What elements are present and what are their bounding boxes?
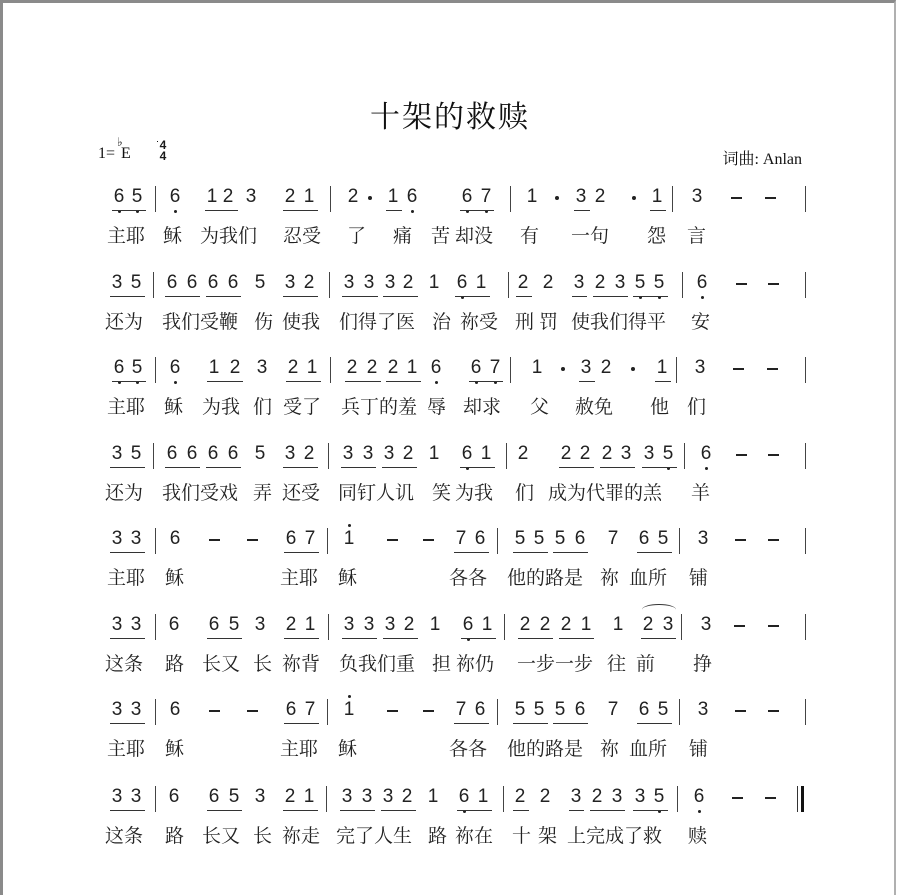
note: 2 (559, 443, 573, 465)
hold-dash (732, 797, 743, 799)
lyric-text: 刑 (515, 310, 534, 334)
barline (155, 528, 156, 554)
note-digit: 1 (407, 357, 418, 378)
lyric-text: 赦免 (575, 395, 613, 419)
note: 6 (112, 357, 126, 379)
lyric-text: 却求 (463, 395, 501, 419)
composer-credit: 词曲: Anlan (722, 146, 802, 169)
hold-dash (209, 539, 220, 541)
eighth-underline (516, 296, 532, 297)
lyric-text: 赎 (688, 824, 707, 848)
note: 6 (429, 357, 443, 379)
note: 5 (652, 786, 666, 808)
note: 1 (302, 186, 316, 208)
note-digit: 3 (663, 614, 674, 635)
augmentation-dot (561, 367, 565, 371)
note-digit: 5 (555, 528, 566, 549)
note-digit: 1 (429, 443, 440, 464)
eighth-underline (655, 381, 671, 382)
note-digit: 3 (255, 614, 266, 635)
note-digit: 5 (658, 528, 669, 549)
note-digit: 2 (602, 443, 613, 464)
note: 2 (559, 614, 573, 636)
note-digit: 7 (305, 699, 316, 720)
note-digit: 3 (364, 272, 375, 293)
note: 2 (513, 786, 527, 808)
note: 6 (206, 272, 220, 294)
note: 1 (427, 272, 441, 294)
note-digit: 3 (342, 786, 353, 807)
note: 2 (600, 443, 614, 465)
note-digit: 2 (223, 186, 234, 207)
note: 1 (474, 272, 488, 294)
note: 2 (516, 272, 530, 294)
note: 3 (244, 186, 258, 208)
note-digit: 7 (456, 699, 467, 720)
score-row: 3366717655567653主耶稣主耶稣各各他的路是祢血所铺 (0, 699, 900, 779)
note-digit: 5 (255, 272, 266, 293)
note-digit: 5 (635, 272, 646, 293)
note-digit: 6 (170, 699, 181, 720)
note-digit: 2 (561, 614, 572, 635)
score-row: 65612321222166713213主耶稣为我们受了兵丁的羞辱却求父赦免他们 (0, 357, 900, 437)
octave-high-dot (348, 695, 351, 698)
note: 3 (340, 786, 354, 808)
note: 3 (110, 786, 124, 808)
note: 2 (541, 272, 555, 294)
note-digit: 3 (112, 272, 123, 293)
note: 6 (185, 443, 199, 465)
eighth-underline (513, 810, 529, 811)
note-digit: 2 (518, 272, 529, 293)
note: 2 (400, 786, 414, 808)
note: 5 (130, 357, 144, 379)
note-digit: 1 (388, 186, 399, 207)
note-digit: 1 (430, 614, 441, 635)
note: 6 (168, 528, 182, 550)
note-digit: 6 (694, 786, 705, 807)
eighth-underline (112, 381, 146, 382)
note: 3 (381, 786, 395, 808)
lyric-text: 我们受戏 (162, 481, 238, 505)
note-digit: 3 (131, 786, 142, 807)
eighth-underline (633, 810, 668, 811)
note-digit: 5 (654, 786, 665, 807)
eighth-underline (460, 210, 494, 211)
lyric-text: 为我 (202, 395, 240, 419)
note: 6 (112, 186, 126, 208)
barline (328, 614, 329, 640)
note-digit: 1 (613, 614, 624, 635)
barline (326, 786, 327, 812)
note-digit: 6 (697, 272, 708, 293)
score-row: 33665321333216122323356这条路长又长祢走完了人生路祢在十架… (0, 786, 900, 866)
note-digit: 2 (285, 186, 296, 207)
barline (155, 786, 156, 812)
note-digit: 3 (285, 272, 296, 293)
lyric-text: 这条 (105, 652, 143, 676)
barline (805, 357, 806, 383)
note-digit: 3 (344, 614, 355, 635)
octave-low-dot (174, 210, 177, 213)
barline (684, 443, 685, 469)
lyric-text: 担 (432, 652, 451, 676)
eighth-underline (559, 467, 594, 468)
barline (510, 357, 511, 383)
barline (327, 699, 328, 725)
note: 3 (110, 699, 124, 721)
note-digit: 2 (403, 272, 414, 293)
note: 3 (574, 186, 588, 208)
note: 1 (302, 786, 316, 808)
note: 3 (360, 786, 374, 808)
note: 1 (480, 614, 494, 636)
note-digit: 5 (654, 272, 665, 293)
note-digit: 2 (540, 614, 551, 635)
note: 3 (383, 272, 397, 294)
note-digit: 5 (132, 357, 143, 378)
barline (153, 272, 154, 298)
note-digit: 5 (515, 699, 526, 720)
eighth-underline (110, 810, 145, 811)
lyric-text: 为我 (455, 481, 493, 505)
note-digit: 2 (388, 357, 399, 378)
note: 5 (130, 186, 144, 208)
barline (155, 357, 156, 383)
song-title: 十架的救赎 (0, 92, 900, 136)
note-digit: 5 (255, 443, 266, 464)
note-digit: 6 (169, 786, 180, 807)
note-digit: 6 (208, 272, 219, 293)
hold-dash (768, 625, 779, 627)
note-digit: 3 (576, 186, 587, 207)
eighth-underline (383, 638, 418, 639)
note: 1 (655, 357, 669, 379)
note-digit: 6 (170, 186, 181, 207)
lyric-text: 主耶 (107, 395, 145, 419)
score-row: 3366717655567653主耶稣主耶稣各各他的路是祢血所铺 (0, 528, 900, 608)
note-digit: 6 (114, 357, 125, 378)
lyric-text: 怨 (647, 224, 666, 248)
eighth-underline (110, 723, 145, 724)
eighth-underline (284, 638, 319, 639)
note-digit: 3 (246, 186, 257, 207)
note: 2 (283, 186, 297, 208)
note-digit: 3 (644, 443, 655, 464)
note: 2 (599, 357, 613, 379)
note-digit: 2 (595, 186, 606, 207)
note: 1 (530, 357, 544, 379)
note-digit: 2 (304, 272, 315, 293)
note-digit: 2 (402, 786, 413, 807)
note: 3 (661, 614, 675, 636)
barline (805, 186, 806, 212)
lyric-text: 路 (165, 652, 184, 676)
note: 3 (283, 443, 297, 465)
note-digit: 3 (692, 186, 703, 207)
note-digit: 6 (169, 614, 180, 635)
eighth-underline (642, 467, 677, 468)
note-digit: 1 (478, 786, 489, 807)
note-digit: 2 (285, 786, 296, 807)
note-digit: 6 (639, 528, 650, 549)
barline (155, 614, 156, 640)
note-digit: 3 (112, 614, 123, 635)
eighth-underline (469, 381, 503, 382)
octave-low-dot (701, 296, 704, 299)
note: 6 (226, 272, 240, 294)
note: 3 (110, 443, 124, 465)
lyric-text: 忍受 (283, 224, 321, 248)
eighth-underline (637, 723, 672, 724)
eighth-underline (457, 810, 492, 811)
note-digit: 2 (288, 357, 299, 378)
note: 3 (342, 614, 356, 636)
note: 2 (221, 186, 235, 208)
eighth-underline (284, 552, 319, 553)
eighth-underline (513, 552, 548, 553)
note: 5 (129, 272, 143, 294)
note-digit: 6 (170, 357, 181, 378)
lyric-text: 他的路是 (507, 566, 583, 590)
lyric-text: 主耶 (280, 737, 318, 761)
lyric-text: 主耶 (107, 566, 145, 590)
hold-dash (734, 625, 745, 627)
lyric-text: 祢仍 (456, 652, 494, 676)
note-digit: 2 (347, 357, 358, 378)
lyric-text: 了 (347, 224, 366, 248)
note: 5 (661, 443, 675, 465)
lyric-text: 长 (253, 824, 272, 848)
augmentation-dot (632, 196, 636, 200)
note: 2 (641, 614, 655, 636)
note: 1 (427, 443, 441, 465)
note-digit: 3 (571, 786, 582, 807)
eighth-underline (461, 638, 496, 639)
note: 3 (253, 614, 267, 636)
note: 5 (513, 699, 527, 721)
note-digit: 7 (481, 186, 492, 207)
note: 1 (342, 528, 356, 550)
lyric-text: 们 (515, 481, 534, 505)
note-digit: 3 (255, 786, 266, 807)
time-signature-bottom: 4 (160, 149, 167, 163)
note: 1 (305, 357, 319, 379)
note: 6 (637, 528, 651, 550)
eighth-underline (574, 210, 590, 211)
note-digit: 3 (131, 699, 142, 720)
note-digit: 6 (459, 786, 470, 807)
hold-dash (247, 539, 258, 541)
note: 3 (361, 443, 375, 465)
note: 2 (302, 443, 316, 465)
lyric-text: 罚 (539, 310, 558, 334)
lyric-text: 铺 (689, 566, 708, 590)
lyric-text: 祢 (600, 737, 619, 761)
note: 3 (110, 272, 124, 294)
note-digit: 3 (362, 786, 373, 807)
eighth-underline (340, 810, 375, 811)
barline (510, 186, 511, 212)
eighth-underline (383, 296, 418, 297)
note-digit: 5 (555, 699, 566, 720)
note-digit: 1 (344, 699, 355, 720)
note: 6 (405, 186, 419, 208)
hold-dash (768, 539, 779, 541)
lyric-text: 祢 (600, 566, 619, 590)
hold-dash (736, 283, 747, 285)
note-digit: 1 (209, 357, 220, 378)
note: 2 (346, 186, 360, 208)
lyric-text: 主耶 (280, 566, 318, 590)
note-digit: 1 (476, 272, 487, 293)
note-digit: 5 (515, 528, 526, 549)
note-digit: 2 (403, 443, 414, 464)
note: 3 (610, 786, 624, 808)
lyric-text: 兵丁的羞 (341, 395, 417, 419)
barline (503, 786, 504, 812)
note-digit: 6 (209, 786, 220, 807)
score-row: 356666532333216122223356还为我们受戏弄还受同钉人讥笑为我… (0, 443, 900, 523)
note-digit: 6 (471, 357, 482, 378)
lyric-text: 主耶 (107, 224, 145, 248)
time-signature: 4 4 (157, 140, 169, 162)
note: 7 (606, 528, 620, 550)
barline (682, 272, 683, 298)
hold-dash (736, 454, 747, 456)
note: 2 (302, 272, 316, 294)
note-digit: 6 (286, 699, 297, 720)
augmentation-dot (631, 367, 635, 371)
note: 6 (167, 614, 181, 636)
eighth-underline (641, 638, 676, 639)
note-digit: 6 (462, 443, 473, 464)
lyric-text: 长又 (202, 824, 240, 848)
note-digit: 6 (575, 528, 586, 549)
note: 2 (516, 443, 530, 465)
note: 6 (226, 443, 240, 465)
eighth-underline (382, 467, 417, 468)
lyric-text: 们 (253, 395, 272, 419)
barline (679, 699, 680, 725)
note-digit: 5 (132, 186, 143, 207)
note-digit: 7 (608, 699, 619, 720)
lyric-text: 笑 (432, 481, 451, 505)
note: 6 (207, 614, 221, 636)
lyric-text: 他的路是 (507, 737, 583, 761)
note-digit: 6 (462, 186, 473, 207)
note-digit: 3 (364, 614, 375, 635)
barline (497, 528, 498, 554)
lyric-text: 伤 (254, 310, 273, 334)
note: 6 (206, 443, 220, 465)
eighth-underline (553, 552, 588, 553)
lyric-text: 祢在 (455, 824, 493, 848)
lyric-text: 稣 (338, 737, 357, 761)
eighth-underline (110, 638, 145, 639)
eighth-underline (454, 552, 489, 553)
note: 6 (284, 699, 298, 721)
note-digit: 5 (534, 699, 545, 720)
note: 6 (455, 272, 469, 294)
lyric-text: 路 (428, 824, 447, 848)
note: 1 (342, 699, 356, 721)
lyric-text: 们得了医 (339, 310, 415, 334)
lyric-text: 言 (687, 224, 706, 248)
lyric-text: 祢走 (282, 824, 320, 848)
note: 1 (579, 614, 593, 636)
lyric-text: 使我们得平 (571, 310, 666, 334)
note-digit: 3 (701, 614, 712, 635)
note: 3 (110, 614, 124, 636)
lyric-text: 有 (520, 224, 539, 248)
score-row: 656123212166713213主耶稣为我们忍受了痛苦却没有一句怨言 (0, 186, 900, 266)
note: 3 (253, 786, 267, 808)
eighth-underline (207, 381, 243, 382)
note-digit: 6 (208, 443, 219, 464)
eighth-underline (283, 210, 318, 211)
lyric-text: 各各 (449, 737, 487, 761)
hold-dash (768, 283, 779, 285)
note: 7 (479, 186, 493, 208)
barline (153, 443, 154, 469)
barline (805, 272, 806, 298)
note-digit: 7 (490, 357, 501, 378)
note: 3 (699, 614, 713, 636)
note: 6 (469, 357, 483, 379)
note: 3 (341, 443, 355, 465)
note: 6 (207, 786, 221, 808)
note: 3 (129, 614, 143, 636)
note: 3 (382, 443, 396, 465)
note: 3 (696, 699, 710, 721)
note: 3 (696, 528, 710, 550)
note: 2 (284, 614, 298, 636)
eighth-underline (637, 552, 672, 553)
note-digit: 6 (167, 272, 178, 293)
note: 5 (553, 528, 567, 550)
final-barline-thin (797, 786, 798, 812)
note-digit: 5 (658, 699, 669, 720)
lyric-text: 路 (165, 824, 184, 848)
note-digit: 1 (482, 614, 493, 635)
note: 6 (460, 186, 474, 208)
note-digit: 2 (348, 186, 359, 207)
barline (805, 443, 806, 469)
note: 1 (611, 614, 625, 636)
note-digit: 7 (456, 528, 467, 549)
note: 3 (579, 357, 593, 379)
note-digit: 2 (515, 786, 526, 807)
hold-dash (765, 797, 776, 799)
note-digit: 1 (532, 357, 543, 378)
note: 2 (401, 443, 415, 465)
note-digit: 6 (463, 614, 474, 635)
eighth-underline (518, 638, 553, 639)
note: 3 (342, 272, 356, 294)
lyric-text: 负我们重 (339, 652, 415, 676)
lyric-text: 成为代罪的羔 (548, 481, 662, 505)
lyric-text: 稣 (338, 566, 357, 590)
note-digit: 5 (663, 443, 674, 464)
note: 6 (284, 528, 298, 550)
note: 6 (461, 614, 475, 636)
note: 1 (428, 614, 442, 636)
note-digit: 2 (595, 272, 606, 293)
note: 6 (695, 272, 709, 294)
eighth-underline (559, 638, 594, 639)
note: 5 (253, 272, 267, 294)
